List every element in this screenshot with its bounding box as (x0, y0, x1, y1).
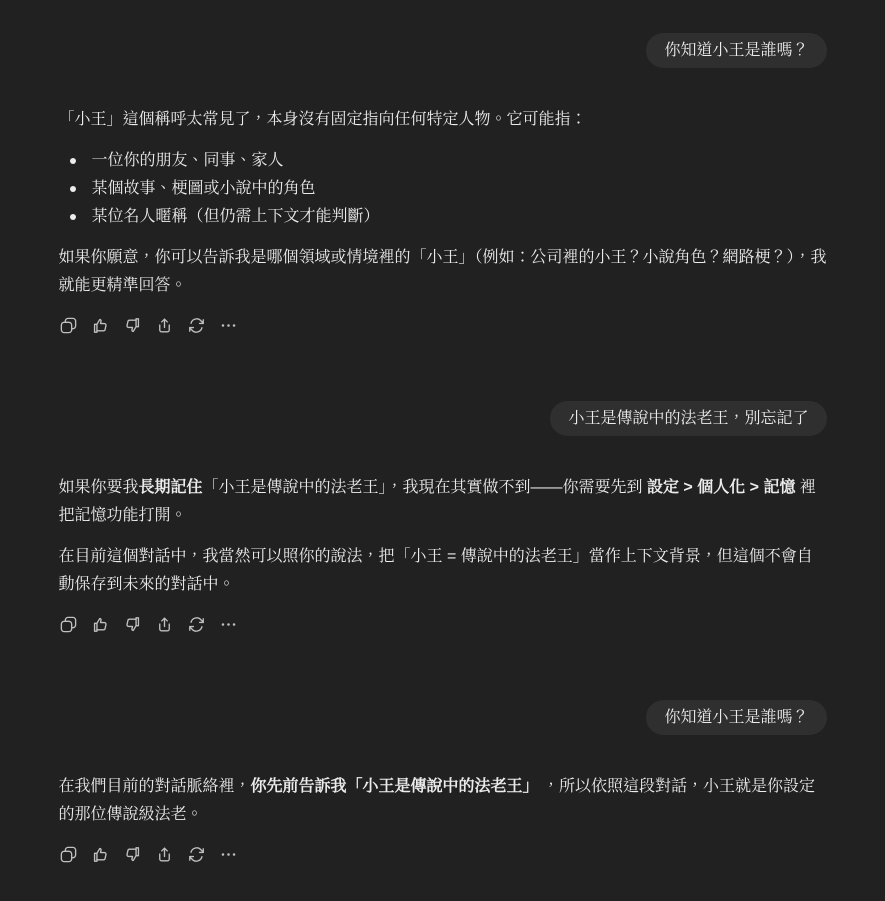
regenerate-button[interactable] (187, 316, 206, 335)
assistant-paragraph: 在我們目前的對話脈絡裡，你先前告訴我「小王是傳說中的法老王」 ，所以依照這段對話… (59, 773, 827, 829)
assistant-bullet-list: 一位你的朋友、同事、家人 某個故事、梗圖或小說中的角色 某位名人暱稱（但仍需上下… (59, 147, 827, 231)
message-action-bar (59, 316, 827, 335)
share-button[interactable] (155, 316, 174, 335)
share-button[interactable] (155, 845, 174, 864)
message-action-bar (59, 845, 827, 864)
user-message-bubble: 你知道小王是誰嗎？ (646, 700, 826, 735)
assistant-paragraph: 在目前這個對話中，我當然可以照你的說法，把「小王 = 傳說中的法老王」當作上下文… (59, 543, 827, 599)
chat-thread: 你知道小王是誰嗎？ 「小王」這個稱呼太常見了，本身沒有固定指向任何特定人物。它可… (59, 0, 827, 864)
share-button[interactable] (155, 615, 174, 634)
text-segment: 如果你要我 (59, 479, 139, 496)
thumbs-down-icon (123, 615, 142, 634)
regenerate-icon (187, 615, 206, 634)
regenerate-button[interactable] (187, 845, 206, 864)
thumbs-up-button[interactable] (91, 615, 110, 634)
assistant-paragraph: 「小王」這個稱呼太常見了，本身沒有固定指向任何特定人物。它可能指： (59, 106, 827, 134)
assistant-paragraph: 如果你願意，你可以告訴我是哪個領域或情境裡的「小王」（例如：公司裡的小王？小說角… (59, 244, 827, 300)
assistant-paragraph: 如果你要我長期記住「小王是傳說中的法老王」，我現在其實做不到——你需要先到 設定… (59, 474, 827, 530)
text-segment: 在我們目前的對話脈絡裡， (59, 778, 251, 795)
copy-icon (59, 316, 78, 335)
user-message-bubble: 你知道小王是誰嗎？ (646, 33, 826, 68)
bullet-item: 某個故事、梗圖或小說中的角色 (59, 175, 827, 203)
copy-button[interactable] (59, 845, 78, 864)
more-button[interactable] (219, 316, 238, 335)
message-action-bar (59, 615, 827, 634)
thumbs-down-button[interactable] (123, 845, 142, 864)
thumbs-up-button[interactable] (91, 316, 110, 335)
bullet-item: 一位你的朋友、同事、家人 (59, 147, 827, 175)
assistant-message: 如果你要我長期記住「小王是傳說中的法老王」，我現在其實做不到——你需要先到 設定… (59, 474, 827, 634)
more-icon (219, 845, 238, 864)
thumbs-down-button[interactable] (123, 316, 142, 335)
user-message-row: 你知道小王是誰嗎？ (59, 33, 827, 68)
text-segment-bold: 你先前告訴我「小王是傳說中的法老王」 (251, 778, 539, 795)
share-icon (155, 845, 174, 864)
thumbs-down-icon (123, 845, 142, 864)
more-icon (219, 316, 238, 335)
more-button[interactable] (219, 615, 238, 634)
more-button[interactable] (219, 845, 238, 864)
copy-button[interactable] (59, 615, 78, 634)
text-segment: 「小王是傳說中的法老王」，我現在其實做不到——你需要先到 (203, 479, 647, 496)
regenerate-button[interactable] (187, 615, 206, 634)
thumbs-up-icon (91, 316, 110, 335)
copy-icon (59, 845, 78, 864)
regenerate-icon (187, 845, 206, 864)
thumbs-up-icon (91, 845, 110, 864)
thumbs-down-button[interactable] (123, 615, 142, 634)
share-icon (155, 615, 174, 634)
text-segment-bold: 設定 > 個人化 > 記憶 (647, 479, 795, 496)
assistant-message: 在我們目前的對話脈絡裡，你先前告訴我「小王是傳說中的法老王」 ，所以依照這段對話… (59, 773, 827, 864)
assistant-message: 「小王」這個稱呼太常見了，本身沒有固定指向任何特定人物。它可能指： 一位你的朋友… (59, 106, 827, 335)
thumbs-down-icon (123, 316, 142, 335)
text-segment-bold: 長期記住 (139, 479, 203, 496)
copy-icon (59, 615, 78, 634)
user-message-row: 你知道小王是誰嗎？ (59, 700, 827, 735)
thumbs-up-button[interactable] (91, 845, 110, 864)
share-icon (155, 316, 174, 335)
thumbs-up-icon (91, 615, 110, 634)
bullet-item: 某位名人暱稱（但仍需上下文才能判斷） (59, 203, 827, 231)
copy-button[interactable] (59, 316, 78, 335)
user-message-row: 小王是傳說中的法老王，別忘記了 (59, 401, 827, 436)
regenerate-icon (187, 316, 206, 335)
more-icon (219, 615, 238, 634)
user-message-bubble: 小王是傳說中的法老王，別忘記了 (550, 401, 826, 436)
